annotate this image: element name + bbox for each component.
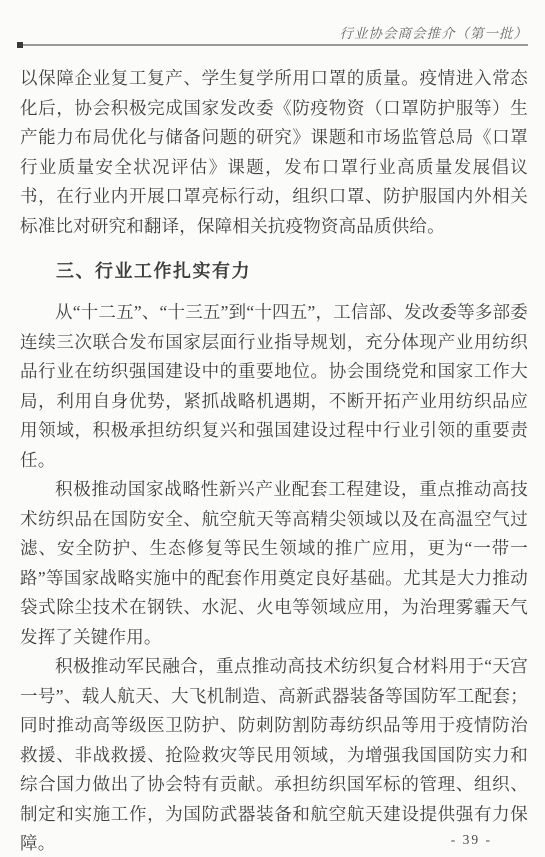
paragraph-military-civil-fusion: 积极推动军民融合，重点推动高技术纺织复合材料用于“天宫一号”、载人航天、大飞机制…	[20, 652, 528, 857]
section-heading-industry-work: 三、行业工作扎实有力	[20, 258, 528, 284]
running-header-title: 行业协会商会推介（第一批）	[340, 22, 529, 42]
document-body: 以保障企业复工复产、学生复学所用口罩的质量。疫情进入常态化后，协会积极完成国家发…	[20, 64, 528, 857]
header-rule-dot	[17, 42, 23, 48]
paragraph-strategic-industries: 积极推动国家战略性新兴产业配套工程建设，重点推动高技术纺织品在国防安全、航空航天…	[20, 475, 528, 652]
page-footer: - 39 -	[0, 831, 492, 849]
page-number: - 39 -	[451, 832, 492, 847]
paragraph-five-year-plans: 从“十二五”、“十三五”到“十四五”，工信部、发改委等多部委连续三次联合发布国家…	[20, 298, 528, 475]
document-page: 行业协会商会推介（第一批） 以保障企业复工复产、学生复学所用口罩的质量。疫情进入…	[0, 0, 545, 857]
header-rule	[17, 44, 528, 46]
running-header: 行业协会商会推介（第一批）	[17, 22, 528, 43]
paragraph-mask-quality: 以保障企业复工复产、学生复学所用口罩的质量。疫情进入常态化后，协会积极完成国家发…	[20, 64, 528, 241]
